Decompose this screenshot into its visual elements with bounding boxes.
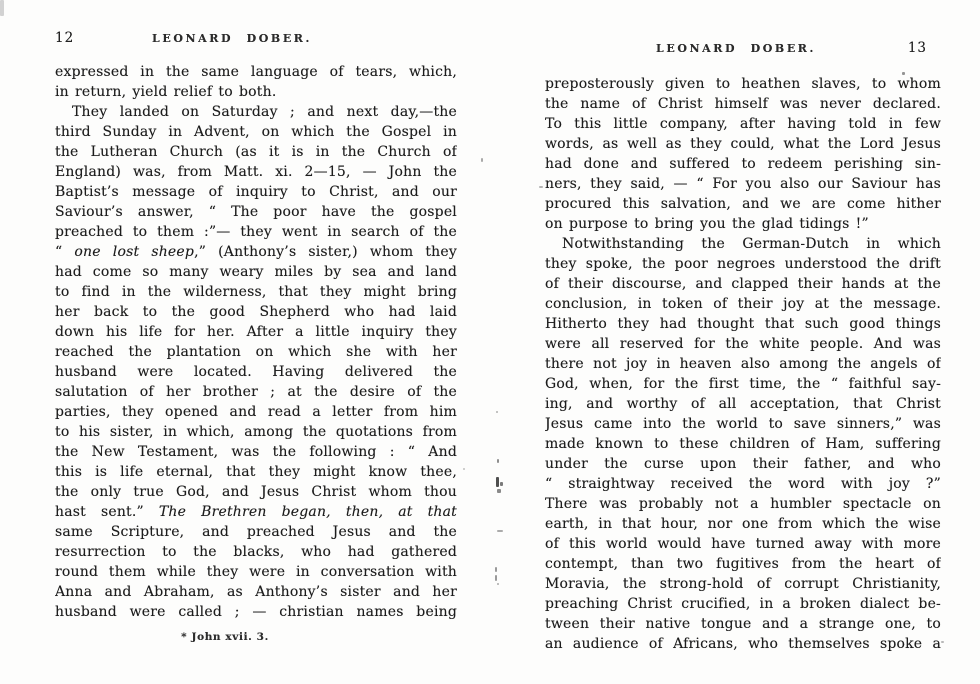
text-line: contempt, than two fugitives from the he… xyxy=(545,554,941,574)
text-line: resurrection to the blacks, who had gath… xyxy=(55,542,457,562)
text-line: husband were called ; — christian names … xyxy=(55,602,457,622)
text-line: To this little company, after having tol… xyxy=(545,114,941,134)
scan-speck xyxy=(481,158,483,162)
text-line: Moravia, the strong-hold of corrupt Chri… xyxy=(545,574,941,594)
text-line: the Lutheran Church (as it is in the Chu… xyxy=(55,142,457,162)
text-line: down his life for her. After a little in… xyxy=(55,322,457,342)
page-12-text: expressed in the same language of tears,… xyxy=(55,62,457,622)
text-line: “ one lost sheep,” (Anthony’s sister,) w… xyxy=(55,242,457,262)
text-line: her back to the good Shepherd who had la… xyxy=(55,302,457,322)
text-line: ing, and worthy of all acceptation, that… xyxy=(545,394,941,414)
text-line: of this world would have turned away wit… xyxy=(545,534,941,554)
text-line: England) was, from Matt. xi. 2—15, — Joh… xyxy=(55,162,457,182)
text-line: procured this salvation, and we are come… xyxy=(545,194,941,214)
text-line: to find in the wilderness, that they mig… xyxy=(55,282,457,302)
text-line: Hitherto they had thought that such good… xyxy=(545,314,941,334)
running-header-left: LEONARD DOBER. xyxy=(71,32,393,45)
page-12-footnote: * John xvii. 3. xyxy=(55,631,395,643)
text-line: There was probably not a humbler spectac… xyxy=(545,494,941,514)
running-header-right: LEONARD DOBER. xyxy=(585,42,887,55)
scan-speck xyxy=(0,0,4,16)
text-line: same Scripture, and preached Jesus and t… xyxy=(55,522,457,542)
text-line: Notwithstanding the German-Dutch in whic… xyxy=(545,234,941,254)
text-line: preached to them :”— they went in search… xyxy=(55,222,457,242)
text-line: the only true God, and Jesus Christ whom… xyxy=(55,482,457,502)
text-line: the New Testament, was the following : “… xyxy=(55,442,457,462)
text-line: on purpose to bring you the glad tidings… xyxy=(545,214,941,234)
text-line: round them while they were in conversati… xyxy=(55,562,457,582)
scan-speck xyxy=(496,477,499,487)
text-line: Baptist’s message of inquiry to Christ, … xyxy=(55,182,457,202)
scan-speck xyxy=(495,567,497,572)
text-line: earth, in that hour, nor one from which … xyxy=(545,514,941,534)
page-number-right: 13 xyxy=(887,40,941,56)
text-line: had done and suffered to redeem perishin… xyxy=(545,154,941,174)
text-line: of their discourse, and clapped their ha… xyxy=(545,274,941,294)
page-13-text: preposterously given to heathen slaves, … xyxy=(545,74,941,654)
text-line: “ straightway received the word with joy… xyxy=(545,474,941,494)
text-line: words, as well as they could, what the L… xyxy=(545,134,941,154)
scan-speck xyxy=(941,641,944,643)
text-line: reached the plantation on which she with… xyxy=(55,342,457,362)
scan-speck xyxy=(497,583,499,585)
scan-speck xyxy=(496,411,498,413)
text-line: tween their native tongue and a strange … xyxy=(545,614,941,634)
scan-speck xyxy=(902,72,905,75)
text-line: Jesus came into the world to save sinner… xyxy=(545,414,941,434)
text-line: hast sent.” The Brethren began, then, at… xyxy=(55,502,457,522)
text-line: preposterously given to heathen slaves, … xyxy=(545,74,941,94)
text-line: there not joy in heaven also among the a… xyxy=(545,354,941,374)
text-line: preaching Christ crucified, in a broken … xyxy=(545,594,941,614)
text-line: this is life eternal, that they might kn… xyxy=(55,462,457,482)
text-line: They landed on Saturday ; and next day,—… xyxy=(55,102,457,122)
text-line: the name of Christ himself was never dec… xyxy=(545,94,941,114)
text-line: husband were located. Having delivered t… xyxy=(55,362,457,382)
scan-speck xyxy=(495,575,497,581)
text-line: conclusion, in token of their joy at the… xyxy=(545,294,941,314)
text-line: had come so many weary miles by sea and … xyxy=(55,262,457,282)
text-line: were all reserved for the white people. … xyxy=(545,334,941,354)
text-line: made known to these children of Ham, suf… xyxy=(545,434,941,454)
text-line: they spoke, the poor negroes understood … xyxy=(545,254,941,274)
scan-speck xyxy=(539,186,543,188)
text-line: Anna and Abraham, as Anthony’s sister an… xyxy=(55,582,457,602)
text-line: in return, yield relief to both. xyxy=(55,82,457,102)
text-line: salutation of her brother ; at the desir… xyxy=(55,382,457,402)
text-line: third Sunday in Advent, on which the Gos… xyxy=(55,122,457,142)
scan-speck xyxy=(497,489,501,493)
text-line: under the curse upon their father, and w… xyxy=(545,454,941,474)
page-13-header: LEONARD DOBER. 13 xyxy=(545,40,941,56)
scan-speck xyxy=(463,468,465,470)
text-line: parties, they opened and read a letter f… xyxy=(55,402,457,422)
scan-speck xyxy=(497,530,503,532)
text-line: to his sister, in which, among the quota… xyxy=(55,422,457,442)
text-line: an audience of Africans, who themselves … xyxy=(545,634,941,654)
text-line: Saviour’s answer, “ The poor have the go… xyxy=(55,202,457,222)
text-line: expressed in the same language of tears,… xyxy=(55,62,457,82)
text-line: God, when, for the first time, the “ fai… xyxy=(545,374,941,394)
text-line: ners, they said, — “ For you also our Sa… xyxy=(545,174,941,194)
page-12-header: 12 LEONARD DOBER. xyxy=(55,30,457,46)
scan-speck xyxy=(497,459,499,463)
scan-speck xyxy=(500,482,503,486)
